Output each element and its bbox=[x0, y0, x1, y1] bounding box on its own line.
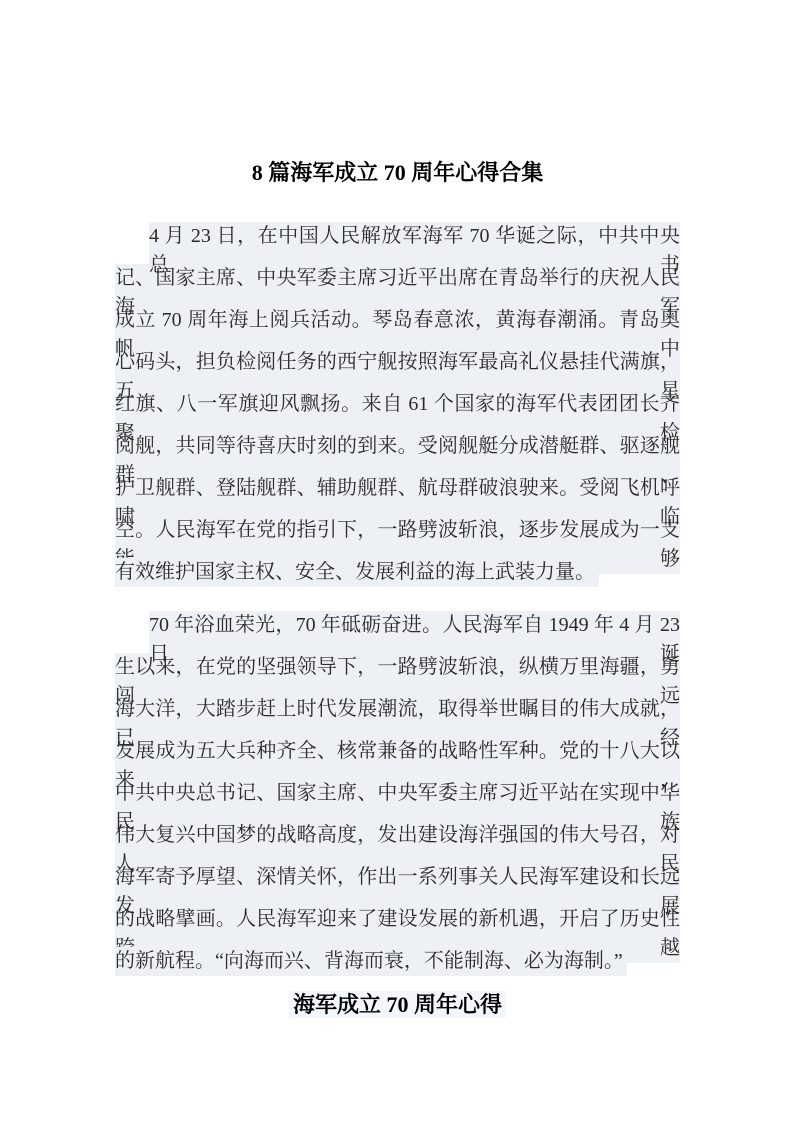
text-line: 的战略擘画。人民海军迎来了建设发展的新机遇，开启了历史性跨越 bbox=[115, 899, 680, 941]
text-line: 海军寄予厚望、深情关怀，作出一系列事关人民海军建设和长远发展 bbox=[115, 857, 680, 899]
text-line-highlight: 有效维护国家主权、安全、发展利益的海上武装力量。 bbox=[115, 558, 599, 587]
document-body: 4 月 23 日，在中国人民解放军海军 70 华诞之际，中共中央总书记、国家主席… bbox=[115, 216, 680, 994]
text-line-highlight: 的新航程。“向海而兴、背海而衰，不能制海、必为海制。” bbox=[115, 947, 627, 976]
section-heading: 海军成立 70 周年心得 bbox=[115, 990, 680, 1020]
text-line: 空。人民海军在党的指引下，一路劈波斩浪，逐步发展成为一支能够 bbox=[115, 510, 680, 552]
text-line: 中共中央总书记、国家主席、中央军委主席习近平站在实现中华民族 bbox=[115, 773, 680, 815]
paragraph-1: 4 月 23 日，在中国人民解放军海军 70 华诞之际，中共中央总书记、国家主席… bbox=[115, 216, 680, 594]
text-line: 有效维护国家主权、安全、发展利益的海上武装力量。 bbox=[115, 552, 680, 594]
text-line: 心码头，担负检阅任务的西宁舰按照海军最高礼仪悬挂代满旗，五星 bbox=[115, 342, 680, 384]
text-line: 成立 70 周年海上阅兵活动。琴岛春意浓，黄海春潮涌。青岛奥帆中 bbox=[115, 300, 680, 342]
text-line: 的新航程。“向海而兴、背海而衰，不能制海、必为海制。” bbox=[115, 941, 680, 983]
text-line: 70 年浴血荣光，70 年砥砺奋进。人民海军自 1949 年 4 月 23 日诞 bbox=[115, 605, 680, 647]
text-line: 记、国家主席、中央军委主席习近平出席在青岛举行的庆祝人民海军 bbox=[115, 258, 680, 300]
text-line: 护卫舰群、登陆舰群、辅助舰群、航母群破浪驶来。受阅飞机呼啸临 bbox=[115, 468, 680, 510]
text-line: 红旗、八一军旗迎风飘扬。来自 61 个国家的海军代表团团长齐聚检 bbox=[115, 384, 680, 426]
text-line: 发展成为五大兵种齐全、核常兼备的战略性军种。党的十八大以来， bbox=[115, 731, 680, 773]
document-title: 8 篇海军成立 70 周年心得合集 bbox=[115, 158, 680, 188]
paragraph-2: 70 年浴血荣光，70 年砥砺奋进。人民海军自 1949 年 4 月 23 日诞… bbox=[115, 605, 680, 983]
text-line: 4 月 23 日，在中国人民解放军海军 70 华诞之际，中共中央总书 bbox=[115, 216, 680, 258]
text-line: 海大洋，大踏步赶上时代发展潮流，取得举世瞩目的伟大成就，已经 bbox=[115, 689, 680, 731]
text-line: 生以来，在党的坚强领导下，一路劈波斩浪，纵横万里海疆，勇闯远 bbox=[115, 647, 680, 689]
text-line: 阅舰，共同等待喜庆时刻的到来。受阅舰艇分成潜艇群、驱逐舰群、 bbox=[115, 426, 680, 468]
section-heading-text: 海军成立 70 周年心得 bbox=[289, 991, 506, 1018]
text-line: 伟大复兴中国梦的战略高度，发出建设海洋强国的伟大号召，对人民 bbox=[115, 815, 680, 857]
document-page: 8 篇海军成立 70 周年心得合集 4 月 23 日，在中国人民解放军海军 70… bbox=[0, 0, 800, 1132]
